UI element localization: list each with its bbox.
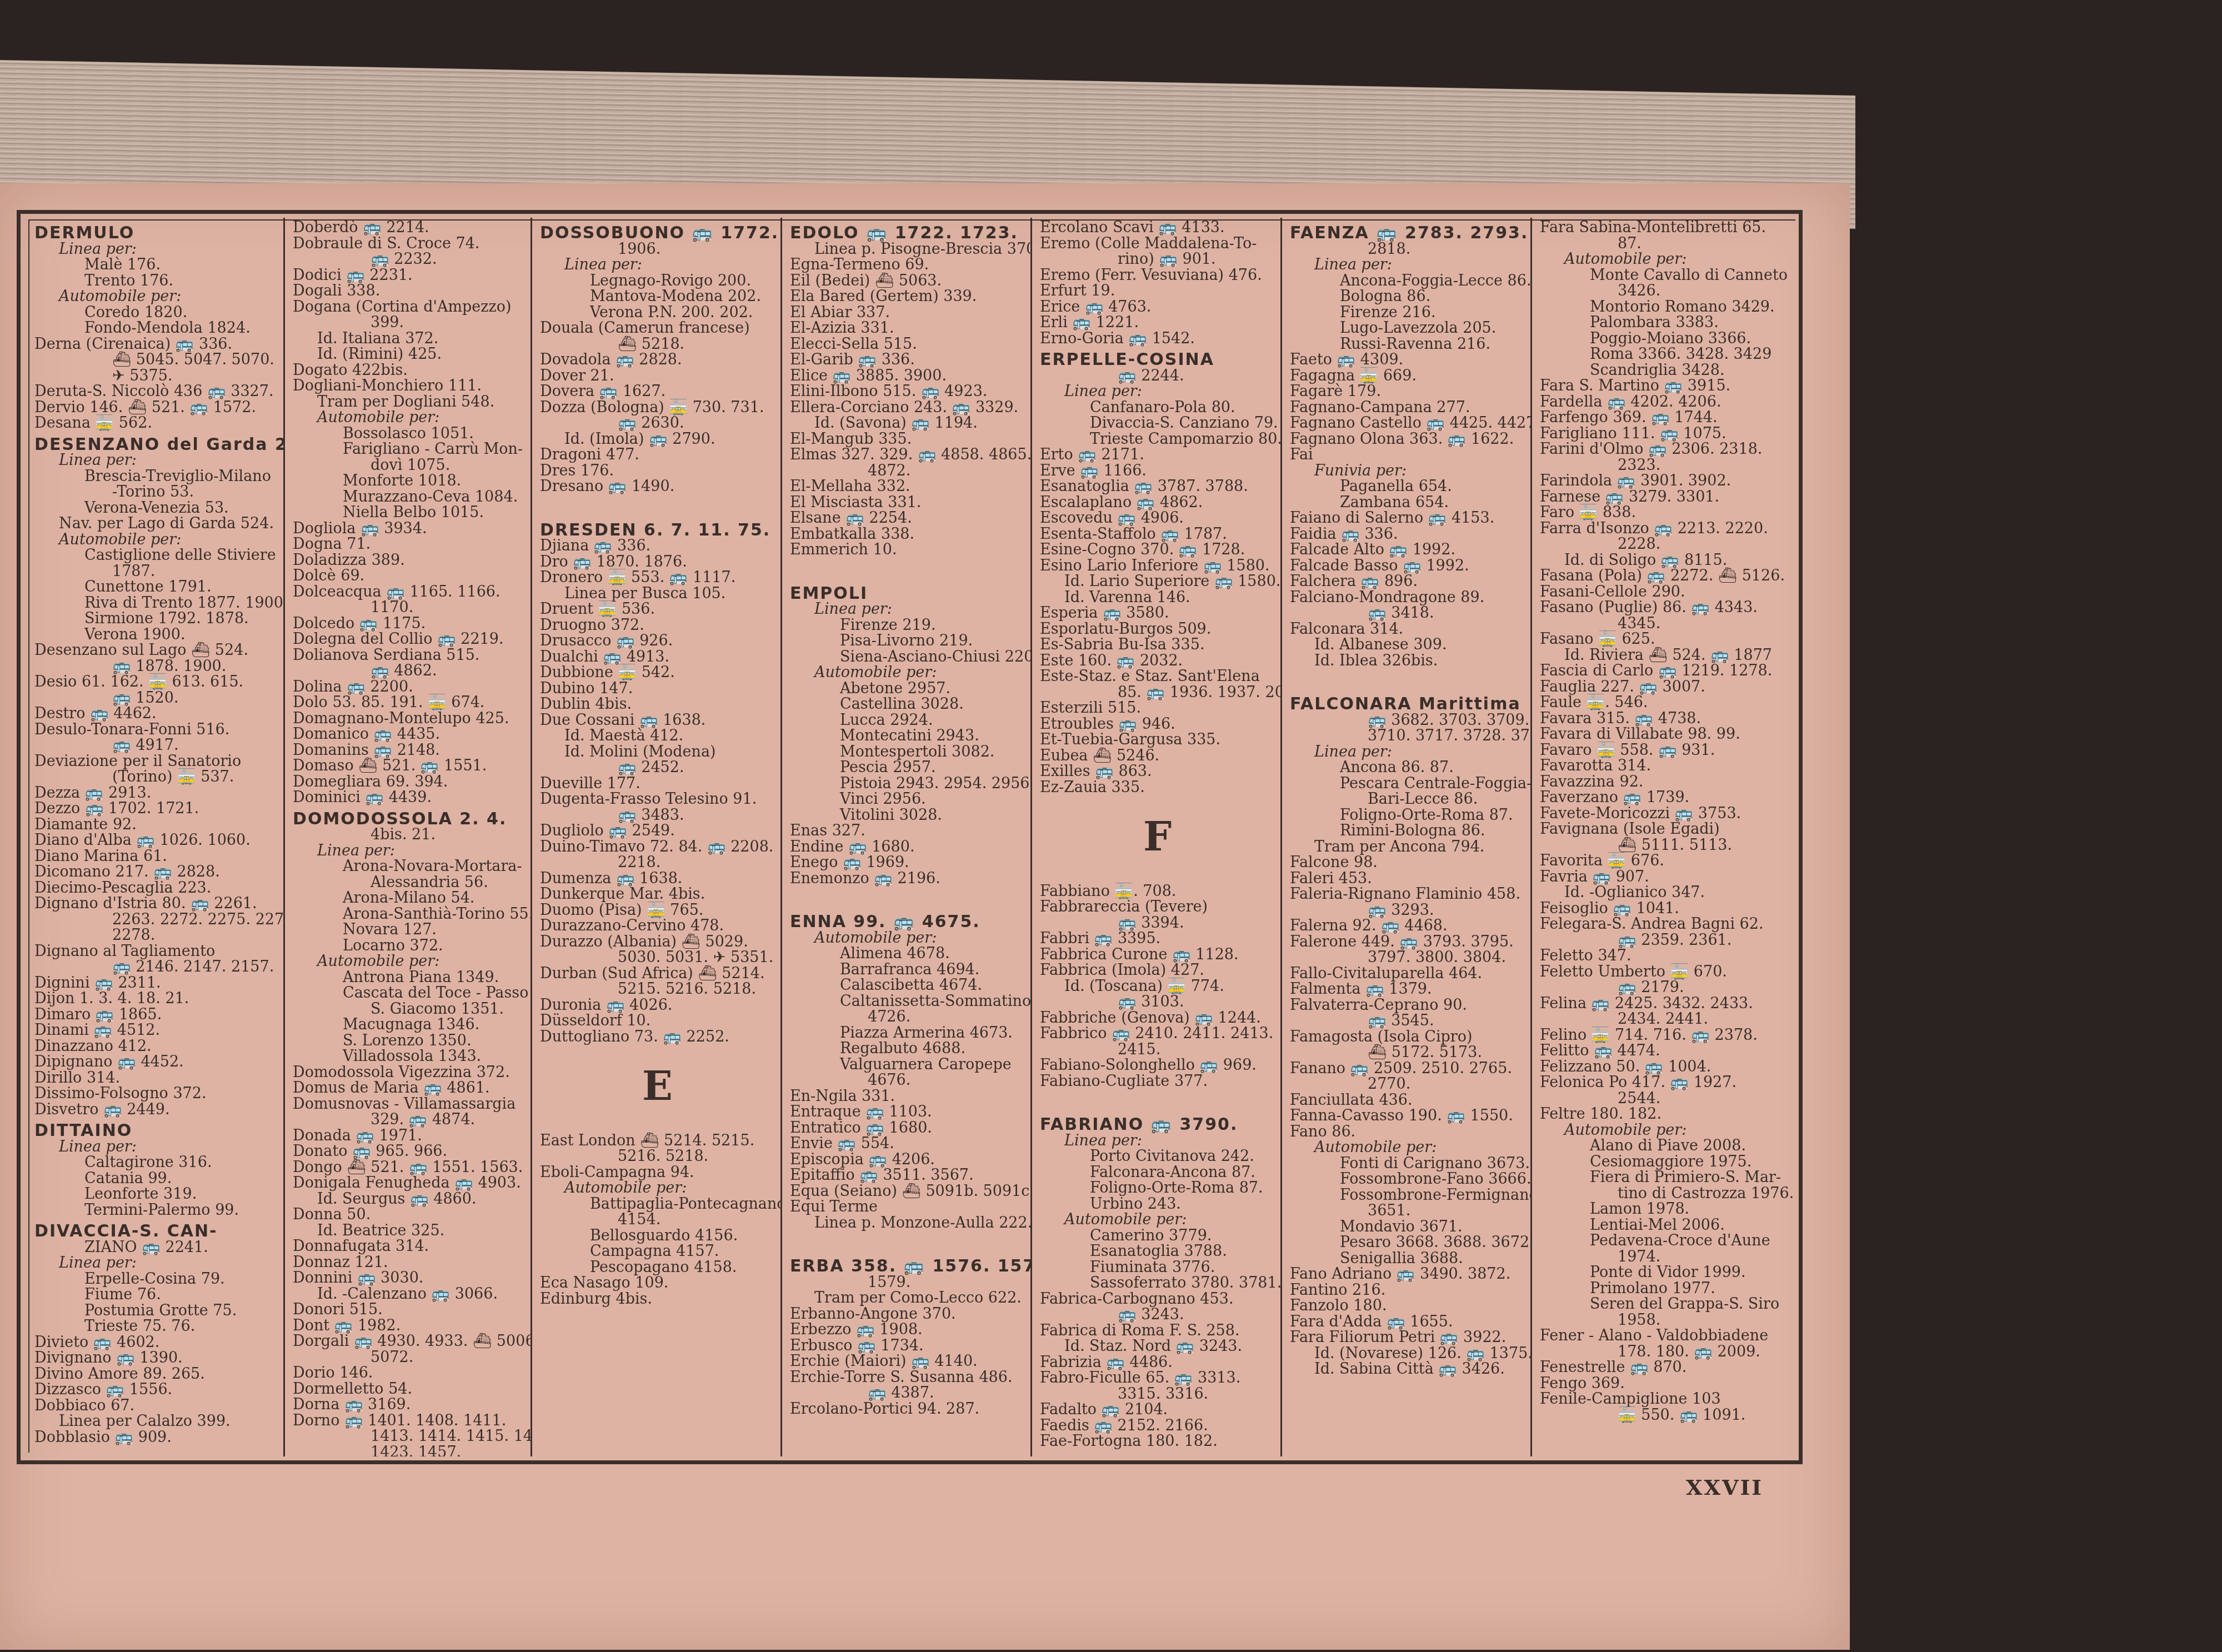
index-entry: Barrafranca 4694. bbox=[790, 962, 1025, 978]
index-entry: Druent 🚋 536. bbox=[540, 602, 775, 618]
index-entry: 🚌 4862. bbox=[293, 663, 525, 679]
index-entry: Dronero 🚋 553. 🚌 1117. bbox=[540, 570, 775, 586]
index-entry: Dovera 🚌 1627. bbox=[540, 384, 775, 400]
index-entry: Dervio 146. ⛴ 521. 🚌 1572. bbox=[34, 400, 278, 416]
index-entry: El-Mangub 335. bbox=[790, 432, 1025, 448]
index-entry: Doberdò 🚌 2214. bbox=[293, 220, 525, 236]
index-entry: Farra d'Isonzo 🚌 2213. 2220. bbox=[1540, 521, 1793, 537]
index-entry: Fabiano-Cugliate 377. bbox=[1040, 1074, 1275, 1090]
index-entry: Zambana 654. bbox=[1290, 495, 1525, 511]
index-entry: Domaso ⛴ 521. 🚌 1551. bbox=[293, 758, 525, 774]
index-entry: Farini d'Olmo 🚌 2306. 2318. bbox=[1540, 442, 1793, 458]
index-entry: Automobile per: bbox=[790, 930, 1025, 947]
index-entry: ⛴ 5111. 5113. bbox=[1540, 838, 1793, 854]
index-entry: Fasana (Pola) 🚌 2272. ⛴ 5126. bbox=[1540, 568, 1793, 584]
index-entry: Automobile per: bbox=[34, 289, 278, 305]
index-entry: Esenta-Staffolo 🚌 1787. bbox=[1040, 527, 1275, 543]
index-column-5: Ercolano Scavi 🚌 4133.Eremo (Colle Madda… bbox=[1030, 218, 1280, 1456]
index-entry: Dualchi 🚌 4913. bbox=[540, 649, 775, 665]
index-entry: Dipignano 🚌 4452. bbox=[34, 1054, 278, 1070]
index-entry: Diano d'Alba 🚌 1026. 1060. bbox=[34, 833, 278, 849]
index-entry: 87. bbox=[1540, 236, 1793, 252]
index-entry: Foligno-Orte-Roma 87. bbox=[1040, 1180, 1275, 1197]
index-heading: EMPOLI bbox=[790, 586, 1025, 602]
index-entry: 2415. bbox=[1040, 1042, 1275, 1058]
index-entry: Erbusco 🚌 1734. bbox=[790, 1338, 1025, 1354]
index-entry: Felegara-S. Andrea Bagni 62. bbox=[1540, 917, 1793, 933]
index-entry: Id. (Toscana) 🚋 774. bbox=[1040, 979, 1275, 995]
index-entry: Egna-Termeno 69. bbox=[790, 257, 1025, 273]
index-entry: Id. Italiana 372. bbox=[293, 331, 525, 347]
index-entry: Elecci-Sella 515. bbox=[790, 337, 1025, 353]
index-entry: 2323. bbox=[1540, 458, 1793, 474]
index-entry: Famagosta (Isola Cipro) bbox=[1290, 1029, 1525, 1045]
index-entry: Erto 🚌 2171. bbox=[1040, 447, 1275, 463]
index-entry: Dogana (Cortina d'Ampezzo) bbox=[293, 299, 525, 316]
index-entry: ⛴ 5045. 5047. 5070. bbox=[34, 352, 278, 368]
index-entry: Fabrica di Roma F. S. 258. bbox=[1040, 1323, 1275, 1339]
index-entry: Destro 🚌 4462. bbox=[34, 706, 278, 722]
index-entry: Dumenza 🚌 1638. bbox=[540, 871, 775, 887]
index-entry: Fiera di Primiero-S. Mar- bbox=[1540, 1170, 1793, 1186]
index-entry: Dissimo-Folsogno 372. bbox=[34, 1086, 278, 1102]
index-entry: 4345. bbox=[1540, 616, 1793, 632]
index-entry: Diecimo-Pescaglia 223. bbox=[34, 880, 278, 897]
index-entry: Faro 🚋 838. bbox=[1540, 505, 1793, 521]
index-entry: Fabro-Ficulle 65. 🚌 3313. bbox=[1040, 1370, 1275, 1386]
index-entry: Automobile per: bbox=[293, 954, 525, 970]
index-entry: Drusacco 🚌 926. bbox=[540, 633, 775, 649]
index-entry: Entraque 🚌 1103. bbox=[790, 1104, 1025, 1120]
index-entry: Diamante 92. bbox=[34, 817, 278, 833]
index-entry: Dorno 🚌 1401. 1408. 1411. bbox=[293, 1413, 525, 1429]
index-entry: Fano 86. bbox=[1290, 1124, 1525, 1140]
index-entry: Automobile per: bbox=[1040, 1212, 1275, 1228]
index-entry: 🚌 3293. bbox=[1290, 903, 1525, 919]
index-entry: Falerone 449. 🚌 3793. 3795. bbox=[1290, 934, 1525, 950]
index-entry bbox=[1290, 669, 1525, 691]
index-entry: ZIANO 🚌 2241. bbox=[34, 1240, 278, 1256]
index-entry: Vinci 2956. bbox=[790, 792, 1025, 808]
index-entry: En-Ngila 331. bbox=[790, 1089, 1025, 1105]
index-entry: 🚌 3682. 3703. 3709. bbox=[1290, 713, 1525, 729]
index-entry: Esine-Cogno 370. 🚌 1728. bbox=[1040, 542, 1275, 558]
index-entry: Arona-Novara-Mortara- bbox=[293, 859, 525, 875]
index-entry: Id. Lario Superiore 🚌 1580. bbox=[1040, 574, 1275, 590]
index-entry: Faleria-Rignano Flaminio 458. bbox=[1290, 887, 1525, 903]
index-entry: Dicomano 217. 🚌 2828. bbox=[34, 864, 278, 880]
index-entry: Duomo (Pisa) 🚋 765. bbox=[540, 903, 775, 919]
index-entry: Fener - Alano - Valdobbiadene bbox=[1540, 1328, 1793, 1344]
index-entry: Id. Varenna 146. bbox=[1040, 590, 1275, 606]
index-entry: Monforte 1018. bbox=[293, 473, 525, 489]
index-entry: Falconara-Ancona 87. bbox=[1040, 1165, 1275, 1181]
section-letter: F bbox=[1040, 829, 1275, 845]
index-entry: Cunettone 1791. bbox=[34, 579, 278, 595]
index-entry: Id. -Oglianico 347. bbox=[1540, 885, 1793, 901]
index-entry: Lamon 1978. bbox=[1540, 1202, 1793, 1218]
index-entry: Dolcè 69. bbox=[293, 568, 525, 584]
index-entry: Automobile per: bbox=[1540, 1123, 1793, 1139]
index-entry: Donnaz 121. bbox=[293, 1255, 525, 1271]
index-entry: Dominici 🚌 4439. bbox=[293, 790, 525, 806]
index-entry: Verona P.N. 200. 202. bbox=[540, 305, 775, 321]
index-entry: Linea per: bbox=[34, 1139, 278, 1155]
index-entry: Dormelletto 54. bbox=[293, 1381, 525, 1398]
index-entry: Djiana 🚌 336. bbox=[540, 538, 775, 554]
index-entry: Duttogliano 73. 🚌 2252. bbox=[540, 1029, 775, 1045]
index-entry: Macugnaga 1346. bbox=[293, 1017, 525, 1033]
index-entry: Eubea ⛴ 5246. bbox=[1040, 748, 1275, 764]
index-entry: Fasani-Cellole 290. bbox=[1540, 584, 1793, 600]
index-entry: Campagna 4157. bbox=[540, 1244, 775, 1260]
index-entry: Linea per Calalzo 399. bbox=[34, 1414, 278, 1430]
index-heading: ERPELLE-COSINA bbox=[1040, 352, 1275, 368]
index-entry: Linea per: bbox=[34, 1255, 278, 1271]
index-heading: FABRIANO 🚌 3790. bbox=[1040, 1117, 1275, 1133]
index-entry: Erve 🚌 1166. bbox=[1040, 463, 1275, 479]
index-entry: Fardella 🚌 4202. 4206. bbox=[1540, 394, 1793, 411]
index-entry: 🚌 2244. bbox=[1040, 368, 1275, 384]
index-entry: Canfanaro-Pola 80. bbox=[1040, 400, 1275, 416]
index-entry: 1974. bbox=[1540, 1249, 1793, 1265]
index-entry: Dubbione 🚋 542. bbox=[540, 665, 775, 681]
index-entry: Id. Beatrice 325. bbox=[293, 1223, 525, 1239]
index-entry: Riva di Trento 1877. 1900 bbox=[34, 595, 278, 612]
index-entry: Automobile per: bbox=[293, 410, 525, 426]
index-entry: Eremo (Colle Maddalena-To- bbox=[1040, 236, 1275, 252]
index-entry: Id. (Rimini) 425. bbox=[293, 347, 525, 363]
index-entry: El Abiar 337. bbox=[790, 305, 1025, 321]
index-entry: Id. Sabina Città 🚌 3426. bbox=[1290, 1361, 1525, 1378]
page-number: XXVII bbox=[1686, 1475, 1763, 1500]
index-entry: Abetone 2957. bbox=[790, 681, 1025, 697]
index-entry: Linea per: bbox=[540, 257, 775, 273]
index-entry: 3651. bbox=[1290, 1203, 1525, 1219]
index-entry: Seren del Grappa-S. Siro bbox=[1540, 1296, 1793, 1313]
index-entry: Tram per Ancona 794. bbox=[1290, 839, 1525, 855]
index-entry: Id. (Novarese) 126. 🚌 1375. bbox=[1290, 1346, 1525, 1362]
index-entry: Trieste Campomarzio 80. bbox=[1040, 432, 1275, 448]
index-entry: Durban (Sud Africa) ⛴ 5214. bbox=[540, 966, 775, 982]
index-entry: Dovadola 🚌 2828. bbox=[540, 352, 775, 368]
index-entry: Donori 515. bbox=[293, 1302, 525, 1318]
index-entry: Desana 🚋 562. bbox=[34, 415, 278, 432]
index-entry: Automobile per: bbox=[1540, 252, 1793, 268]
index-entry: Verona 1900. bbox=[34, 627, 278, 643]
index-entry: Lucca 2924. bbox=[790, 713, 1025, 729]
index-entry: Donna 50. bbox=[293, 1207, 525, 1223]
index-entry: Firenze 219. bbox=[790, 618, 1025, 634]
index-entry: Murazzano-Ceva 1084. bbox=[293, 489, 525, 505]
index-entry: Dolo 53. 85. 191. 🚋 674. bbox=[293, 695, 525, 711]
index-entry: Erfurt 19. bbox=[1040, 283, 1275, 299]
index-entry: Esterzili 515. bbox=[1040, 700, 1275, 717]
index-entry: Farnese 🚌 3279. 3301. bbox=[1540, 489, 1793, 505]
index-entry: Ancona 86. 87. bbox=[1290, 760, 1525, 776]
index-entry: Id. Seurgus 🚌 4860. bbox=[293, 1192, 525, 1208]
index-entry: ✈ 5375. bbox=[34, 368, 278, 384]
index-entry: Fai bbox=[1290, 447, 1525, 463]
index-entry: Elini-Ilbono 515. 🚌 4923. bbox=[790, 384, 1025, 400]
index-entry: 🚌 2630. bbox=[540, 415, 775, 432]
index-entry: Id. Iblea 326bis. bbox=[1290, 653, 1525, 669]
index-entry: 1787. bbox=[34, 564, 278, 580]
index-entry: Verona-Venezia 53. bbox=[34, 500, 278, 517]
index-entry: Fagnano Olona 363. 🚌 1622. bbox=[1290, 432, 1525, 448]
index-entry: Automobile per: bbox=[540, 1180, 775, 1197]
index-entry: Id. di Soligo 🚌 8115. bbox=[1540, 553, 1793, 569]
index-entry: El-Garib 🚌 336. bbox=[790, 352, 1025, 368]
index-entry: 2263. 2272. 2275. 2276. bbox=[34, 912, 278, 928]
index-entry: 1958. bbox=[1540, 1313, 1793, 1329]
index-entry: Ercolano Scavi 🚌 4133. bbox=[1040, 220, 1275, 236]
index-entry: Divino Amore 89. 265. bbox=[34, 1366, 278, 1383]
index-entry: 1170. bbox=[293, 600, 525, 616]
index-entry: 4154. bbox=[540, 1212, 775, 1228]
index-entry: 1906. bbox=[540, 242, 775, 258]
index-entry: Erpelle-Cosina 79. bbox=[34, 1271, 278, 1288]
index-entry: Senigallia 3688. bbox=[1290, 1251, 1525, 1267]
index-entry: Mondavio 3671. bbox=[1290, 1219, 1525, 1235]
index-entry: 4bis. 21. bbox=[293, 827, 525, 843]
index-entry: 5030. 5031. ✈ 5351. bbox=[540, 950, 775, 966]
index-entry: Ponte di Vidor 1999. bbox=[1540, 1265, 1793, 1281]
index-entry: Dobblasio 🚌 909. bbox=[34, 1430, 278, 1446]
index-entry: Erli 🚌 1221. bbox=[1040, 315, 1275, 331]
index-entry: 3426. bbox=[1540, 283, 1793, 299]
index-entry: Fonti di Carignano 3673. bbox=[1290, 1156, 1525, 1172]
index-entry: Enemonzo 🚌 2196. bbox=[790, 871, 1025, 887]
index-entry: Desio 61. 162. 🚋 613. 615. bbox=[34, 674, 278, 690]
index-entry: Fabbrica (Imola) 427. bbox=[1040, 963, 1275, 979]
index-entry: 🚌 3394. bbox=[1040, 915, 1275, 932]
index-entry: Termini-Palermo 99. bbox=[34, 1203, 278, 1219]
index-entry: Fabbri 🚌 3395. bbox=[1040, 931, 1275, 947]
index-entry: Linea per: bbox=[1290, 257, 1525, 273]
index-entry bbox=[790, 887, 1025, 909]
index-entry: Diano Marina 61. bbox=[34, 849, 278, 865]
index-entry: Episcopia 🚌 4206. bbox=[790, 1152, 1025, 1168]
index-entry: Düsseldorf 10. bbox=[540, 1013, 775, 1029]
index-entry: Dogna 71. bbox=[293, 537, 525, 553]
index-entry: Dongo ⛴ 521. 🚌 1551. 1563. bbox=[293, 1160, 525, 1176]
index-entry: Dimaro 🚌 1865. bbox=[34, 1007, 278, 1023]
index-entry: Ez-Zauia 335. bbox=[1040, 780, 1275, 796]
index-entry: Domodossola Vigezzina 372. bbox=[293, 1065, 525, 1081]
index-entry: Due Cossani 🚌 1638. bbox=[540, 713, 775, 729]
index-entry: Dignini 🚌 2311. bbox=[34, 975, 278, 992]
index-entry: Id. Riviera ⛴ 524. 🚌 1877 bbox=[1540, 648, 1793, 664]
index-entry: Calascibetta 4674. bbox=[790, 978, 1025, 994]
index-entry: Eca Nasago 109. bbox=[540, 1275, 775, 1291]
index-entry: 🚌 1520. bbox=[34, 690, 278, 707]
index-entry: Pisa-Livorno 219. bbox=[790, 633, 1025, 649]
index-entry: S. Giacomo 1351. bbox=[293, 1002, 525, 1018]
index-entry: Bellosguardo 4156. bbox=[540, 1228, 775, 1244]
index-entry: Desenzano sul Lago ⛴ 524. bbox=[34, 643, 278, 659]
index-entry: Felino 🚋 714. 716. 🚌 2378. bbox=[1540, 1028, 1793, 1044]
index-entry: rino) 🚌 901. bbox=[1040, 252, 1275, 268]
index-entry: Arona-Santhià-Torino 55. bbox=[293, 907, 525, 923]
index-entry: 🚌 1878. 1900. bbox=[34, 659, 278, 675]
index-entry: 🚌 4387. bbox=[790, 1385, 1025, 1401]
index-entry: Id. -Calenzano 🚌 3066. bbox=[293, 1286, 525, 1303]
index-entry: Emmerich 10. bbox=[790, 542, 1025, 558]
index-entry: El Misciasta 331. bbox=[790, 495, 1025, 511]
index-entry: Douala (Camerun francese) bbox=[540, 321, 775, 337]
index-entry: Fanna-Cavasso 190. 🚌 1550. bbox=[1290, 1108, 1525, 1124]
index-entry: Automobile per: bbox=[34, 532, 278, 548]
index-entry: Favria 🚌 907. bbox=[1540, 869, 1793, 885]
index-entry: Duronia 🚌 4026. bbox=[540, 998, 775, 1014]
index-entry: Dover 21. bbox=[540, 368, 775, 384]
index-entry: Felina 🚌 2425. 3432. 2433. bbox=[1540, 996, 1793, 1012]
index-entry: Dozza (Bologna) 🚋 730. 731. bbox=[540, 400, 775, 416]
index-entry: Farfengo 369. 🚌 1744. bbox=[1540, 410, 1793, 426]
index-entry: Dueville 177. bbox=[540, 776, 775, 792]
index-entry: Tram per Como-Lecco 622. bbox=[790, 1290, 1025, 1306]
index-entry: Pescopagano 4158. bbox=[540, 1260, 775, 1276]
index-heading: DERMULO bbox=[34, 226, 278, 242]
index-entry: Dizzasco 🚌 1556. bbox=[34, 1382, 278, 1398]
index-entry: Paganella 654. bbox=[1290, 479, 1525, 495]
index-entry: Derna (Cirenaica) 🚌 336. bbox=[34, 337, 278, 353]
index-column-6: FAENZA 🚌 2783. 2793.2818.Linea per:Ancon… bbox=[1280, 218, 1530, 1456]
index-entry: Dolianova Serdiana 515. bbox=[293, 648, 525, 664]
index-entry: Novara 127. bbox=[293, 922, 525, 938]
index-entry: Eil (Bedei) ⛴ 5063. bbox=[790, 273, 1025, 289]
index-entry: Feisoglio 🚌 1041. bbox=[1540, 901, 1793, 917]
index-entry: Bologna 86. bbox=[1290, 289, 1525, 305]
index-entry: Desulo-Tonara-Fonni 516. bbox=[34, 722, 278, 738]
index-entry: Arona-Milano 54. bbox=[293, 890, 525, 907]
index-entry: Legnago-Rovigo 200. bbox=[540, 273, 775, 289]
index-entry: Dorgali 🚌 4930. 4933. ⛴ 5006. bbox=[293, 1334, 525, 1350]
index-entry: Faidia 🚌 336. bbox=[1290, 527, 1525, 543]
index-entry: 🚌 3545. bbox=[1290, 1013, 1525, 1029]
index-entry: Montecatini 2943. bbox=[790, 728, 1025, 744]
index-entry: 🚌 3418. bbox=[1290, 605, 1525, 622]
index-entry: Fondo-Mendola 1824. bbox=[34, 321, 278, 337]
index-entry: Erice 🚌 4763. bbox=[1040, 299, 1275, 316]
index-entry: El-Azizia 331. bbox=[790, 321, 1025, 337]
index-heading: DITTAINO bbox=[34, 1123, 278, 1139]
index-entry: Donnini 🚌 3030. bbox=[293, 1270, 525, 1286]
index-entry: Dobraule di S. Croce 74. bbox=[293, 236, 525, 252]
index-entry: Farigliano 111. 🚌 1075. bbox=[1540, 426, 1793, 442]
index-entry: 2818. bbox=[1290, 242, 1525, 258]
index-entry: Eboli-Campagna 94. bbox=[540, 1165, 775, 1181]
index-entry: Esporlatu-Burgos 509. bbox=[1040, 622, 1275, 638]
index-entry: Linea p. Pisogne-Brescia 370 bbox=[790, 242, 1025, 258]
index-entry: Automobile per: bbox=[790, 665, 1025, 681]
index-entry: Dragoni 477. bbox=[540, 447, 775, 463]
index-heading: FAENZA 🚌 2783. 2793. bbox=[1290, 226, 1525, 242]
index-entry: 1413. 1414. 1415. 1419. bbox=[293, 1429, 525, 1445]
index-entry: Scandriglia 3428. bbox=[1540, 363, 1793, 379]
index-entry: Dignano d'Istria 80. 🚌 2261. bbox=[34, 896, 278, 912]
index-entry: 🚌 2232. bbox=[293, 252, 525, 268]
index-entry: Automobile per: bbox=[1290, 1140, 1525, 1156]
index-heading: EDOLO 🚌 1722. 1723. bbox=[790, 226, 1025, 242]
index-entry: Id. Albanese 309. bbox=[1290, 637, 1525, 653]
index-entry: 5216. 5218. bbox=[540, 1149, 775, 1165]
index-entry: 1579. bbox=[790, 1275, 1025, 1291]
index-entry: Erbanno-Angone 370. bbox=[790, 1306, 1025, 1323]
index-entry: Falciano-Mondragone 89. bbox=[1290, 590, 1525, 606]
index-entry: 4872. bbox=[790, 463, 1025, 479]
index-entry: Dogato 422bis. bbox=[293, 363, 525, 379]
index-entry: Felitto 🚌 4474. bbox=[1540, 1043, 1793, 1059]
index-entry: Deviazione per il Sanatorio bbox=[34, 754, 278, 770]
index-column-2: Doberdò 🚌 2214.Dobraule di S. Croce 74.🚌… bbox=[283, 218, 531, 1456]
index-entry: Doladizza 389. bbox=[293, 553, 525, 569]
index-entry: Dinazzano 412. bbox=[34, 1039, 278, 1055]
index-entry: Id. Molini (Modena) bbox=[540, 744, 775, 760]
index-heading: DOSSOBUONO 🚌 1772. bbox=[540, 226, 775, 242]
index-entry: Enas 327. bbox=[790, 823, 1025, 839]
index-entry: Fauglia 227. 🚌 3007. bbox=[1540, 679, 1793, 695]
index-entry: Linea per: bbox=[34, 242, 278, 258]
index-entry: Fascia di Carlo 🚌 1219. 1278. bbox=[1540, 663, 1793, 679]
index-entry: 2228. bbox=[1540, 537, 1793, 553]
index-column-3: DOSSOBUONO 🚌 1772.1906.Linea per:Legnago… bbox=[531, 218, 780, 1456]
index-entry: Elice 🚌 3885. 3900. bbox=[790, 368, 1025, 384]
index-entry: Dubino 147. bbox=[540, 681, 775, 697]
index-entry: East London ⛴ 5214. 5215. bbox=[540, 1133, 775, 1149]
index-entry: Fasano (Puglie) 86. 🚌 4343. bbox=[1540, 600, 1793, 616]
index-entry: Niella Belbo 1015. bbox=[293, 505, 525, 521]
index-entry: Fabbiano 🚋. 708. bbox=[1040, 884, 1275, 900]
index-entry: Esanatoglia 🚌 3787. 3788. bbox=[1040, 479, 1275, 495]
index-entry: Locarno 372. bbox=[293, 938, 525, 954]
index-entry: Domegliara 69. 394. bbox=[293, 774, 525, 790]
index-entry: Falmenta 🚌 1379. bbox=[1290, 982, 1525, 998]
index-entry: Tram per Dogliani 548. bbox=[293, 394, 525, 411]
index-entry: Edinburg 4bis. bbox=[540, 1291, 775, 1308]
index-entry: 2434. 2441. bbox=[1540, 1012, 1793, 1028]
index-entry: Siena-Asciano-Chiusi 220. bbox=[790, 649, 1025, 665]
index-entry: Domanico 🚌 4435. bbox=[293, 727, 525, 743]
index-entry: Fagnano Castello 🚌 4425. 4427 bbox=[1290, 415, 1525, 432]
index-entry: Falerna 92. 🚌 4468. bbox=[1290, 918, 1525, 934]
index-entry: Fabbrareccia (Tevere) bbox=[1040, 899, 1275, 915]
index-entry: Favara di Villabate 98. 99. bbox=[1540, 727, 1793, 743]
index-entry: Dolceacqua 🚌 1165. 1166. bbox=[293, 584, 525, 600]
index-entry: Dogliola 🚌 3934. bbox=[293, 521, 525, 537]
index-entry: Alano di Piave 2008. bbox=[1540, 1138, 1793, 1154]
index-entry: Fabrizia 🚌 4486. bbox=[1040, 1355, 1275, 1371]
index-entry: Et-Tuebia-Gargusa 335. bbox=[1040, 732, 1275, 748]
index-entry: Linea per: bbox=[34, 453, 278, 469]
index-entry: Erno-Goria 🚌 1542. bbox=[1040, 331, 1275, 347]
index-entry: Elmas 327. 329. 🚌 4858. 4865. bbox=[790, 447, 1025, 463]
index-entry: Fabrica-Carbognano 453. bbox=[1040, 1291, 1275, 1308]
index-entry: Domusnovas - Villamassargia bbox=[293, 1097, 525, 1113]
index-entry: Dijon 1. 3. 4. 18. 21. bbox=[34, 991, 278, 1007]
index-entry: 178. 180. 🚌 2009. bbox=[1540, 1344, 1793, 1360]
index-entry: Regalbuto 4688. bbox=[790, 1041, 1025, 1057]
index-entry: Falcade Alto 🚌 1992. bbox=[1290, 542, 1525, 558]
index-entry: Monte Cavallo di Canneto bbox=[1540, 268, 1793, 284]
index-entry: Farigliano - Carrù Mon- bbox=[293, 442, 525, 458]
index-entry: Fanciullata 436. bbox=[1290, 1093, 1525, 1109]
index-entry: 🚌 3103. bbox=[1040, 994, 1275, 1010]
index-entry: Fae-Fortogna 180. 182. bbox=[1040, 1434, 1275, 1450]
index-entry: Felizzano 50. 🚌 1004. bbox=[1540, 1059, 1793, 1075]
index-entry: Esperia 🚌 3580. bbox=[1040, 605, 1275, 622]
